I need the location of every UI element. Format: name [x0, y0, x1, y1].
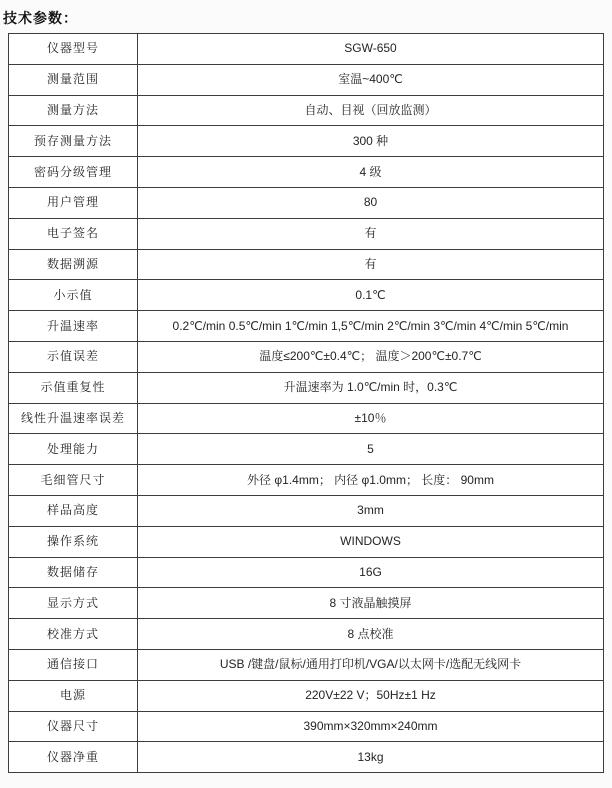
- param-label-cell: 电源: [9, 680, 138, 711]
- table-row: 数据溯源有: [9, 249, 604, 280]
- table-row: 示值误差温度≤200℃±0.4℃； 温度＞200℃±0.7℃: [9, 341, 604, 372]
- table-row: 操作系统WINDOWS: [9, 526, 604, 557]
- param-value-cell: 室温~400℃: [138, 64, 604, 95]
- specs-table: 仪器型号SGW-650测量范围室温~400℃测量方法自动、目视（回放监测）预存测…: [8, 33, 604, 773]
- param-value-cell: 0.1℃: [138, 280, 604, 311]
- page: 技术参数： 仪器型号SGW-650测量范围室温~400℃测量方法自动、目视（回放…: [0, 0, 612, 788]
- param-value-cell: 温度≤200℃±0.4℃； 温度＞200℃±0.7℃: [138, 341, 604, 372]
- param-label-cell: 处理能力: [9, 434, 138, 465]
- table-row: 处理能力5: [9, 434, 604, 465]
- param-label-cell: 校准方式: [9, 619, 138, 650]
- table-row: 用户管理80: [9, 187, 604, 218]
- table-row: 小示值0.1℃: [9, 280, 604, 311]
- table-row: 校准方式8 点校准: [9, 619, 604, 650]
- param-label-cell: 数据溯源: [9, 249, 138, 280]
- page-title: 技术参数：: [3, 8, 612, 28]
- param-value-cell: 有: [138, 249, 604, 280]
- param-value-cell: 8 点校准: [138, 619, 604, 650]
- table-row: 毛细管尺寸外径 φ1.4mm； 内径 φ1.0mm； 长度： 90mm: [9, 465, 604, 496]
- table-row: 显示方式8 寸液晶触摸屏: [9, 588, 604, 619]
- table-row: 样品高度3mm: [9, 495, 604, 526]
- param-label-cell: 样品高度: [9, 495, 138, 526]
- param-value-cell: 8 寸液晶触摸屏: [138, 588, 604, 619]
- param-value-cell: 390mm×320mm×240mm: [138, 711, 604, 742]
- param-value-cell: SGW-650: [138, 34, 604, 65]
- param-value-cell: 有: [138, 218, 604, 249]
- param-label-cell: 显示方式: [9, 588, 138, 619]
- param-label-cell: 仪器尺寸: [9, 711, 138, 742]
- table-row: 预存测量方法300 种: [9, 126, 604, 157]
- table-row: 测量范围室温~400℃: [9, 64, 604, 95]
- table-row: 密码分级管理4 级: [9, 157, 604, 188]
- param-value-cell: 外径 φ1.4mm； 内径 φ1.0mm； 长度： 90mm: [138, 465, 604, 496]
- param-label-cell: 通信接口: [9, 649, 138, 680]
- table-row: 仪器型号SGW-650: [9, 34, 604, 65]
- param-value-cell: 13kg: [138, 742, 604, 773]
- param-label-cell: 测量范围: [9, 64, 138, 95]
- param-value-cell: 80: [138, 187, 604, 218]
- table-row: 线性升温速率误差±10％: [9, 403, 604, 434]
- table-row: 电源220V±22 V；50Hz±1 Hz: [9, 680, 604, 711]
- param-value-cell: USB /键盘/鼠标/通用打印机/VGA/以太网卡/选配无线网卡: [138, 649, 604, 680]
- param-value-cell: 升温速率为 1.0℃/min 时，0.3℃: [138, 372, 604, 403]
- param-label-cell: 密码分级管理: [9, 157, 138, 188]
- param-label-cell: 仪器净重: [9, 742, 138, 773]
- param-label-cell: 仪器型号: [9, 34, 138, 65]
- param-value-cell: 5: [138, 434, 604, 465]
- param-label-cell: 示值误差: [9, 341, 138, 372]
- param-value-cell: 300 种: [138, 126, 604, 157]
- param-value-cell: 16G: [138, 557, 604, 588]
- param-label-cell: 小示值: [9, 280, 138, 311]
- param-label-cell: 电子签名: [9, 218, 138, 249]
- param-label-cell: 数据储存: [9, 557, 138, 588]
- param-label-cell: 线性升温速率误差: [9, 403, 138, 434]
- param-label-cell: 预存测量方法: [9, 126, 138, 157]
- table-row: 电子签名有: [9, 218, 604, 249]
- param-value-cell: 0.2℃/min 0.5℃/min 1℃/min 1,5℃/min 2℃/min…: [138, 311, 604, 342]
- param-label-cell: 操作系统: [9, 526, 138, 557]
- param-label-cell: 测量方法: [9, 95, 138, 126]
- param-value-cell: ±10％: [138, 403, 604, 434]
- param-label-cell: 示值重复性: [9, 372, 138, 403]
- param-value-cell: 220V±22 V；50Hz±1 Hz: [138, 680, 604, 711]
- table-row: 数据储存16G: [9, 557, 604, 588]
- table-row: 升温速率0.2℃/min 0.5℃/min 1℃/min 1,5℃/min 2℃…: [9, 311, 604, 342]
- param-label-cell: 用户管理: [9, 187, 138, 218]
- param-label-cell: 升温速率: [9, 311, 138, 342]
- table-row: 仪器尺寸390mm×320mm×240mm: [9, 711, 604, 742]
- param-label-cell: 毛细管尺寸: [9, 465, 138, 496]
- table-row: 示值重复性升温速率为 1.0℃/min 时，0.3℃: [9, 372, 604, 403]
- param-value-cell: 4 级: [138, 157, 604, 188]
- table-row: 仪器净重13kg: [9, 742, 604, 773]
- table-row: 测量方法自动、目视（回放监测）: [9, 95, 604, 126]
- param-value-cell: WINDOWS: [138, 526, 604, 557]
- param-value-cell: 自动、目视（回放监测）: [138, 95, 604, 126]
- table-row: 通信接口USB /键盘/鼠标/通用打印机/VGA/以太网卡/选配无线网卡: [9, 649, 604, 680]
- specs-table-body: 仪器型号SGW-650测量范围室温~400℃测量方法自动、目视（回放监测）预存测…: [9, 34, 604, 773]
- param-value-cell: 3mm: [138, 495, 604, 526]
